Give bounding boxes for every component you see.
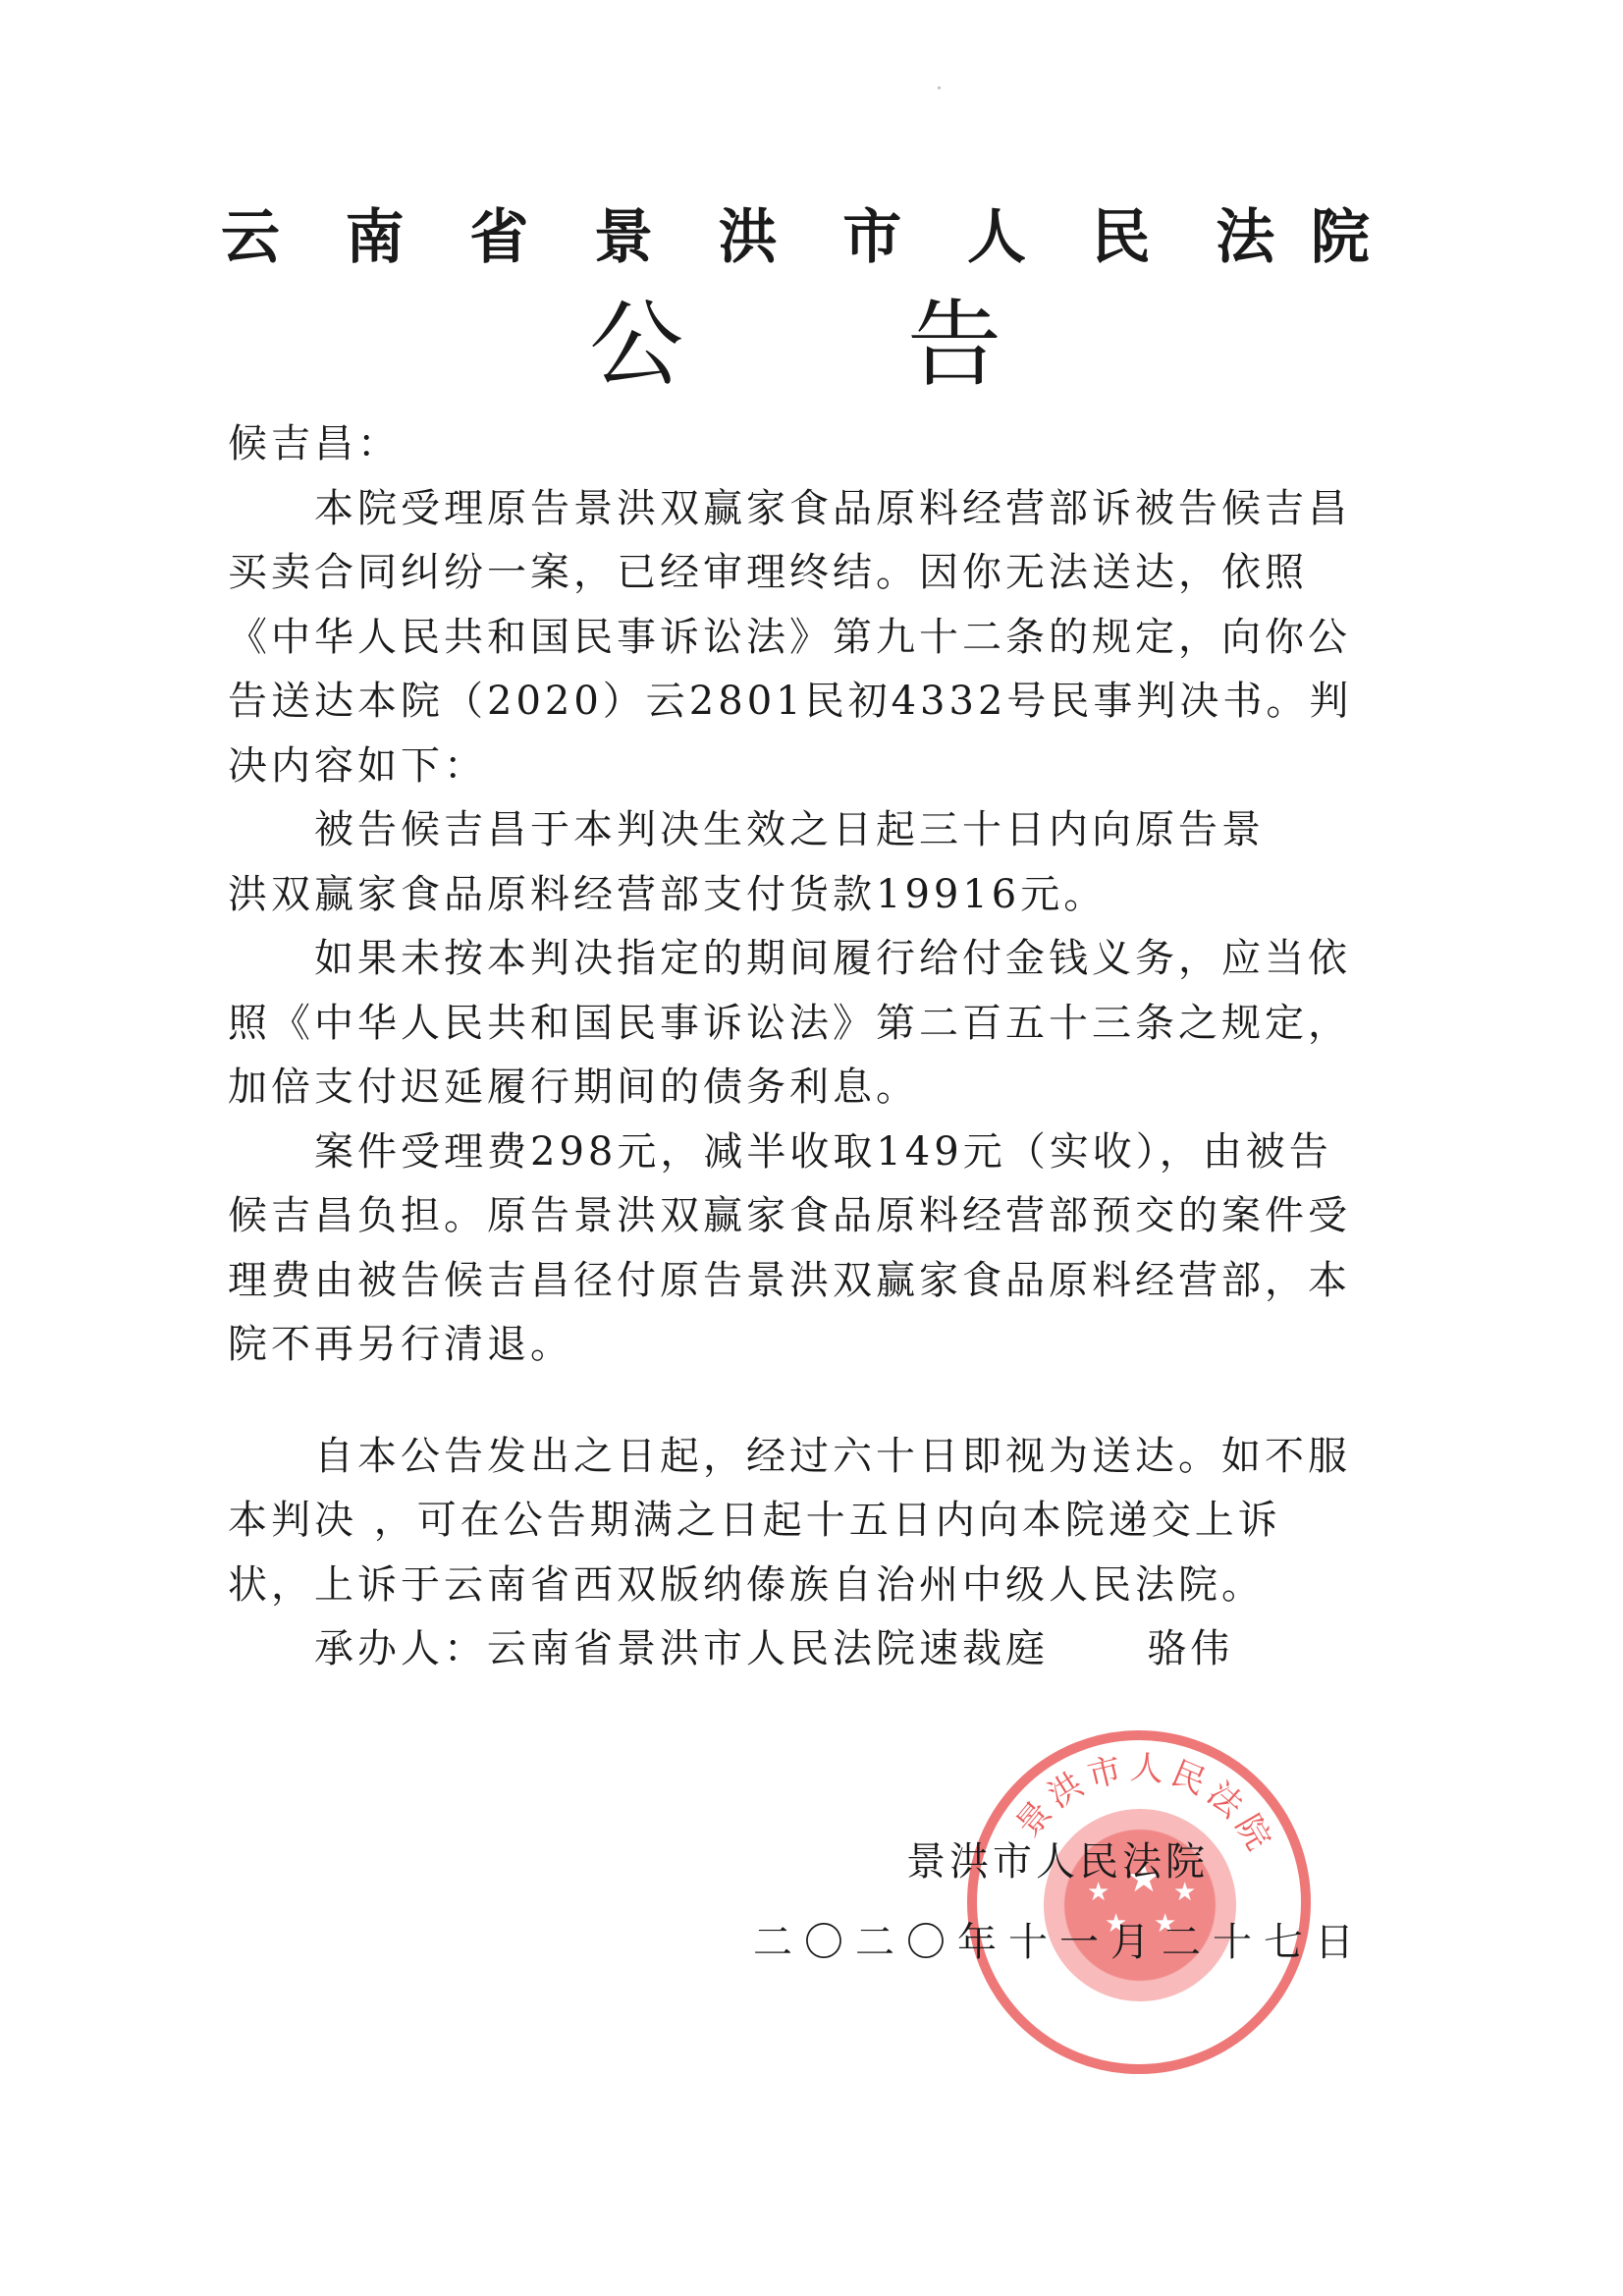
handler-name: 骆伟: [1147, 1626, 1233, 1671]
court-name-char: 云: [221, 202, 280, 273]
issue-date: 二〇二〇年十一月二十七日: [753, 1902, 1366, 1983]
addressee: 候吉昌：: [228, 412, 1367, 477]
handler-department: 云南省景洪市人民法院速裁庭: [487, 1626, 1049, 1671]
court-name-heading: 云 南 省 景 洪 市 人 民 法 院: [221, 202, 1370, 273]
handler-label: 承办人：: [314, 1626, 487, 1671]
paragraph-service-appeal: 自本公告发出之日起，经过六十日即视为送达。如不服本判决 ，可在公告期满之日起十五…: [228, 1425, 1367, 1618]
notice-title-char: 公: [589, 291, 683, 399]
court-name-char: 省: [469, 202, 528, 273]
paragraph-case-summary: 本院受理原告景洪双赢家食品原料经营部诉被告候吉昌买卖合同纠纷一案，已经审理终结。…: [228, 477, 1367, 799]
court-name-char: 景: [594, 202, 653, 273]
court-name-char: 人: [967, 202, 1026, 273]
notice-page: 云 南 省 景 洪 市 人 民 法 院 公 告 候吉昌： 本院受理原告景洪双赢家…: [0, 0, 1623, 2296]
paragraph-case-fee: 案件受理费298元，减半收取149元（实收），由被告候吉昌负担。原告景洪双赢家食…: [228, 1121, 1367, 1378]
court-name-char: 洪: [719, 202, 778, 273]
notice-body: 候吉昌： 本院受理原告景洪双赢家食品原料经营部诉被告候吉昌买卖合同纠纷一案，已经…: [228, 412, 1367, 1682]
signature-block: 景洪市人民法院 二〇二〇年十一月二十七日: [753, 1822, 1366, 1983]
court-name-char: 法: [1216, 202, 1274, 273]
court-name-char: 民: [1092, 202, 1151, 273]
court-name-char: 院: [1311, 202, 1370, 273]
case-handler: 承办人：云南省景洪市人民法院速裁庭 骆伟: [228, 1617, 1367, 1682]
notice-title: 公 告: [589, 291, 1001, 399]
paragraph-late-interest: 如果未按本判决指定的期间履行给付金钱义务，应当依照《中华人民共和国民事诉讼法》第…: [228, 927, 1367, 1121]
court-name-char: 南: [346, 202, 405, 273]
notice-title-char: 告: [907, 291, 1001, 399]
scan-artifact: [938, 86, 941, 89]
signing-court: 景洪市人民法院: [753, 1822, 1209, 1902]
spacer: [228, 1378, 1367, 1425]
paragraph-judgment-payment: 被告候吉昌于本判决生效之日起三十日内向原告景洪双赢家食品原料经营部支付货款199…: [228, 798, 1367, 927]
court-name-char: 市: [842, 202, 901, 273]
